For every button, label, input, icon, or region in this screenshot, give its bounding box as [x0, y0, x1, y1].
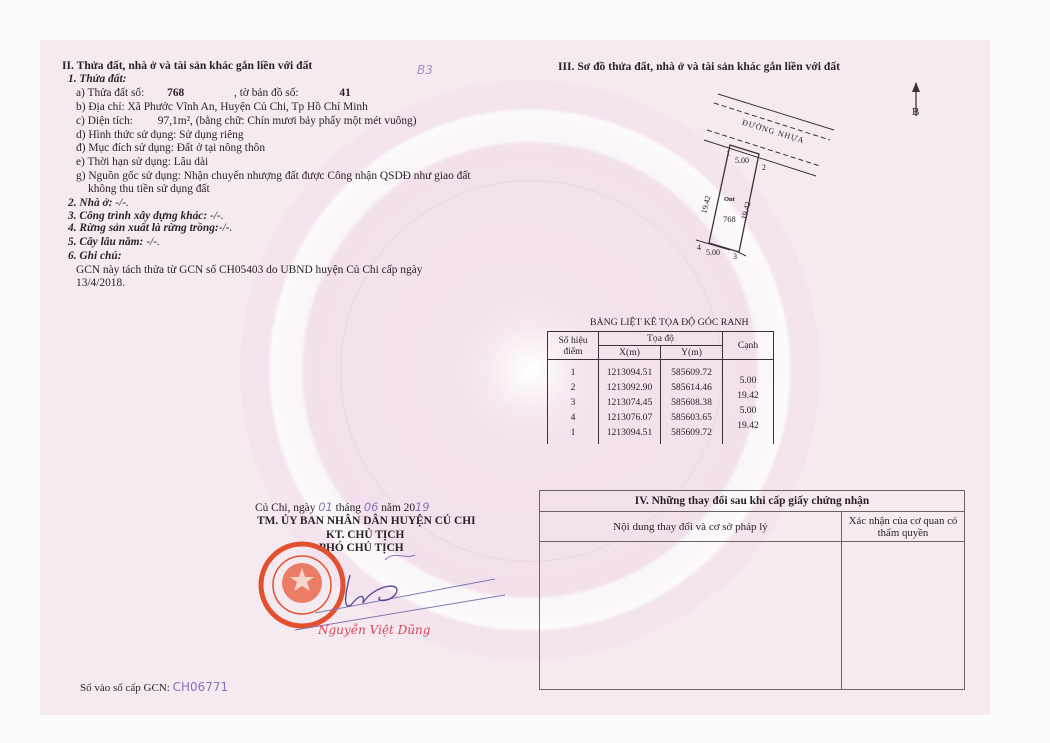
- perennial-label: 5. Cây lâu năm:: [68, 236, 143, 248]
- col-y: Y(m): [661, 346, 723, 360]
- issue-date: Củ Chi, ngày 01 tháng 06 năm 2019: [255, 501, 430, 516]
- y-coordinate: 585609.72: [661, 365, 722, 380]
- date-month: 06: [364, 500, 379, 514]
- col-x: X(m): [599, 346, 661, 360]
- point-id: 1: [548, 425, 598, 440]
- map-sheet-number: 41: [339, 87, 350, 99]
- x-coordinate: 1213094.51: [599, 365, 660, 380]
- edge-length: 19.42: [723, 388, 773, 403]
- parcel-number-row: a) Thửa đất số: 768 , tờ bản đồ số: 41: [76, 87, 351, 101]
- address: b) Địa chỉ: Xã Phước Vĩnh An, Huyện Củ C…: [76, 101, 368, 115]
- seal-and-signature: [255, 535, 515, 655]
- section-4-title: IV. Những thay đổi sau khi cấp giấy chứn…: [540, 491, 965, 512]
- section-2-title: II. Thửa đất, nhà ở và tài sản khác gắn …: [62, 59, 312, 73]
- handwritten-annotation: B3: [417, 63, 433, 77]
- section-3-title: III. Sơ đồ thửa đất, nhà ở và tài sản kh…: [558, 60, 840, 74]
- other-works-value: -/-.: [210, 210, 224, 222]
- house-row: 2. Nhà ở: -/-.: [68, 197, 129, 211]
- parcel-heading: 1. Thửa đất:: [68, 73, 126, 87]
- y-coordinate: 585609.72: [661, 425, 722, 440]
- col-point: Số hiệu điểm: [548, 332, 599, 360]
- forest-label: 4. Rừng sản xuất là rừng trồng:: [68, 222, 219, 234]
- corner-4: 4: [697, 243, 701, 252]
- x-coordinate: 1213092.90: [599, 380, 660, 395]
- other-works-label: 3. Công trình xây dựng khác:: [68, 210, 207, 222]
- col-edge: Cạnh: [723, 332, 774, 360]
- corner-1: 1: [726, 149, 730, 158]
- edge-length: 19.42: [723, 418, 773, 433]
- point-col: 12341: [548, 360, 599, 445]
- issuing-authority: TM. ỦY BAN NHÂN DÂN HUYỆN CỦ CHI: [257, 515, 476, 529]
- corner-2: 2: [762, 163, 766, 172]
- point-id: 4: [548, 410, 598, 425]
- y-coordinate: 585603.65: [661, 410, 722, 425]
- changes-col-confirmation: Xác nhận của cơ quan có thẩm quyền: [842, 512, 965, 542]
- parcel-number: 768: [167, 87, 231, 101]
- date-year: 19: [415, 500, 430, 514]
- edge-bottom-length: 5.00: [706, 248, 720, 257]
- x-coordinate: 1213074.45: [599, 395, 660, 410]
- edge-length: 5.00: [723, 373, 773, 388]
- y-coordinate: 585608.38: [661, 395, 722, 410]
- month-label: tháng: [336, 502, 361, 514]
- changes-col-content: Nội dung thay đổi và cơ sở pháp lý: [540, 512, 842, 542]
- point-id: 1: [548, 365, 598, 380]
- x-col: 1213094.511213092.901213074.451213076.07…: [599, 360, 661, 445]
- edge-col: 5.0019.425.0019.42: [723, 360, 774, 445]
- coord-table-title: BẢNG LIỆT KÊ TỌA ĐỘ GÓC RANH: [590, 317, 749, 328]
- house-value: -/-.: [115, 197, 129, 209]
- signer-name: Nguyễn Việt Dũng: [318, 623, 430, 637]
- y-col: 585609.72585614.46585608.38585603.655856…: [661, 360, 723, 445]
- col-coord: Tọa độ: [599, 332, 723, 346]
- usage-origin: g) Nguồn gốc sử dụng: Nhận chuyển nhượng…: [76, 170, 471, 184]
- area-value: 97,1m², (bằng chữ: Chín mươi bảy phẩy mộ…: [158, 115, 417, 127]
- notes-heading: 6. Ghi chú:: [68, 250, 121, 264]
- usage-origin-cont: không thu tiền sử dụng đất: [88, 183, 210, 197]
- perennial-value: -/-.: [146, 236, 160, 248]
- house-label: 2. Nhà ở:: [68, 197, 112, 209]
- changes-content-cell: [540, 542, 842, 690]
- registry-label: Số vào sổ cấp GCN:: [80, 682, 170, 694]
- forest-row: 4. Rừng sản xuất là rừng trồng:-/-.: [68, 222, 232, 236]
- date-day: 01: [318, 500, 333, 514]
- registry-row: Số vào sổ cấp GCN: CH06771: [80, 681, 228, 696]
- x-coordinate: 1213076.07: [599, 410, 660, 425]
- coord-table: Số hiệu điểm Tọa độ Cạnh X(m) Y(m) 12341…: [547, 331, 774, 444]
- north-label: B: [912, 106, 919, 120]
- point-id: 3: [548, 395, 598, 410]
- y-coordinate: 585614.46: [661, 380, 722, 395]
- x-coordinate: 1213094.51: [599, 425, 660, 440]
- changes-table: IV. Những thay đổi sau khi cấp giấy chứn…: [539, 490, 965, 690]
- area-row: c) Diện tích: 97,1m², (bằng chữ: Chín mư…: [76, 115, 417, 129]
- edge-length: 5.00: [723, 403, 773, 418]
- area-label: c) Diện tích:: [76, 115, 133, 127]
- changes-confirmation-cell: [842, 542, 965, 690]
- red-seal-icon: [261, 544, 343, 626]
- point-id: 2: [548, 380, 598, 395]
- year-label: năm 20: [381, 502, 415, 514]
- notes-line-2: 13/4/2018.: [76, 277, 125, 291]
- forest-value: -/-.: [219, 222, 233, 234]
- plot-use-code: Ont: [724, 196, 735, 203]
- plot-number: 768: [723, 214, 736, 224]
- usage-form: d) Hình thức sử dụng: Sử dụng riêng: [76, 129, 244, 143]
- perennial-row: 5. Cây lâu năm: -/-.: [68, 236, 160, 250]
- edge-top-length: 5.00: [735, 156, 749, 165]
- usage-term: e) Thời hạn sử dụng: Lâu dài: [76, 156, 208, 170]
- map-sheet-label: , tờ bản đồ số:: [234, 87, 299, 99]
- usage-purpose: đ) Mục đích sử dụng: Đất ở tại nông thôn: [76, 142, 265, 156]
- corner-3: 3: [733, 252, 737, 261]
- date-prefix: Củ Chi, ngày: [255, 502, 315, 514]
- registry-number: CH06771: [173, 680, 229, 694]
- notes-line-1: GCN này tách thửa từ GCN số CH05403 do U…: [76, 264, 422, 278]
- parcel-number-label: a) Thửa đất số:: [76, 87, 144, 99]
